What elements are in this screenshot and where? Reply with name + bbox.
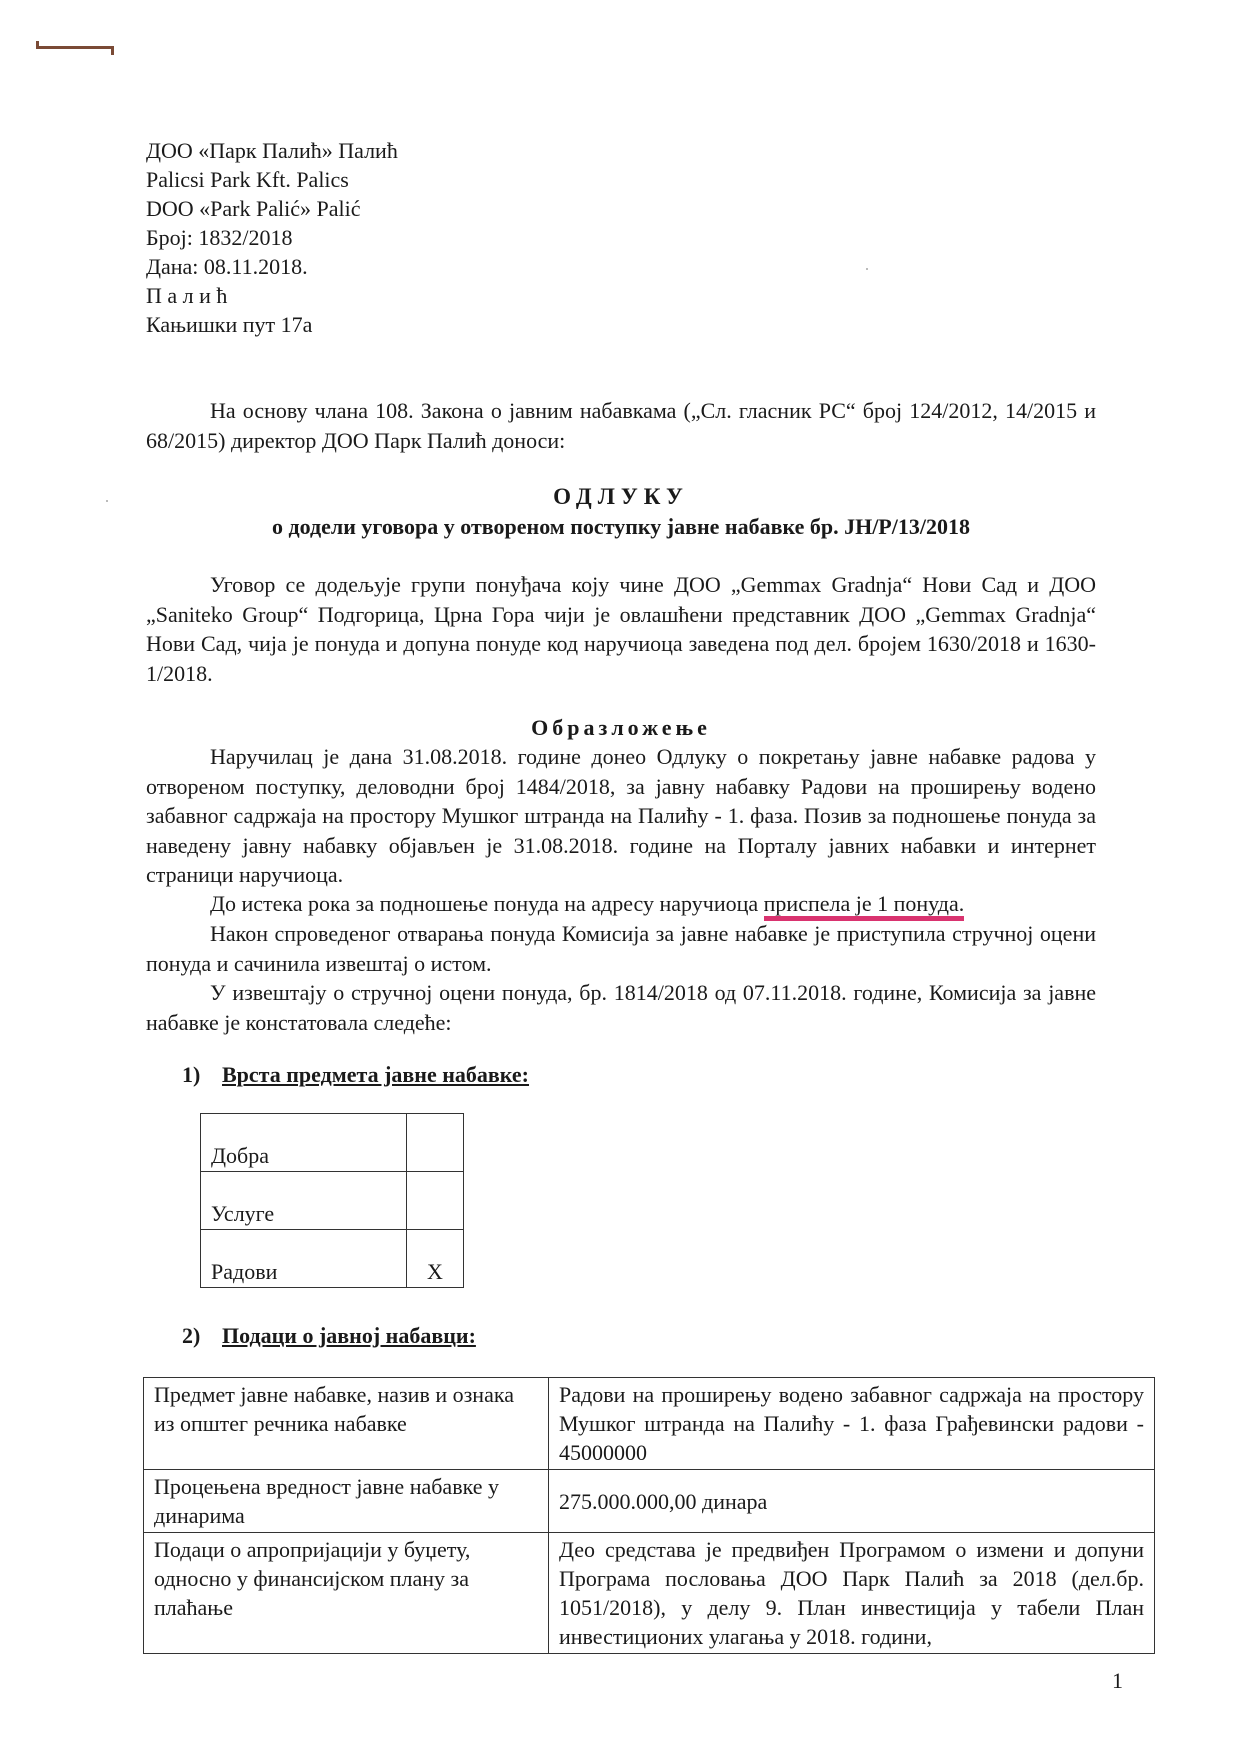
company-name-latin: DOO «Park Palić» Palić: [146, 194, 398, 223]
row-label: Процењена вредност јавне набавке у динар…: [144, 1470, 549, 1533]
decision-body: Уговор се додељује групи понуђача коју ч…: [146, 570, 1096, 688]
table-row: Услуге: [201, 1172, 464, 1230]
page-number: 1: [1112, 1668, 1123, 1694]
decision-subtitle: о додели уговора у отвореном поступку ја…: [146, 512, 1096, 542]
type-checkbox-goods: [407, 1114, 464, 1172]
reasoning-title: Образложење: [146, 713, 1096, 743]
row-value: Радови на проширењу водено забавног садр…: [549, 1378, 1155, 1470]
type-checkbox-services: [407, 1172, 464, 1230]
company-name-hungarian: Palicsi Park Kft. Palics: [146, 165, 398, 194]
reasoning-paragraph-3: Након спроведеног отварања понуда Комиси…: [146, 919, 1096, 978]
table-row: Добра: [201, 1114, 464, 1172]
section-1-number: 1): [182, 1062, 222, 1088]
decision-title: ОДЛУКУ: [146, 482, 1096, 512]
pen-mark-icon: [36, 44, 114, 50]
section-2-label: Подаци о јавној набавци:: [222, 1323, 476, 1348]
document-number: Број: 1832/2018: [146, 223, 398, 252]
scan-speck: [106, 500, 108, 502]
type-label: Добра: [201, 1114, 407, 1172]
highlighted-offer-count: приспела је 1 понуда.: [764, 891, 965, 921]
table-row: Подаци о апропријацији у буџету, односно…: [144, 1533, 1155, 1654]
type-label: Услуге: [201, 1172, 407, 1230]
document-date: Дана: 08.11.2018.: [146, 252, 398, 281]
type-label: Радови: [201, 1230, 407, 1288]
address: Кањишки пут 17а: [146, 310, 398, 339]
procurement-type-table: Добра Услуге Радови X: [200, 1113, 464, 1288]
row-value: 275.000.000,00 динара: [549, 1470, 1155, 1533]
company-name-cyrillic: ДОО «Парк Палић» Палић: [146, 136, 398, 165]
reasoning-paragraph-4: У извештају о стручној оцени понуда, бр.…: [146, 978, 1096, 1037]
section-2-heading: 2)Подаци о јавној набавци:: [182, 1323, 476, 1349]
type-checkbox-works: X: [407, 1230, 464, 1288]
section-2-number: 2): [182, 1323, 222, 1349]
table-row: Радови X: [201, 1230, 464, 1288]
preamble: На основу члана 108. Закона о јавним наб…: [146, 396, 1096, 455]
procurement-data-table: Предмет јавне набавке, назив и ознака из…: [143, 1377, 1155, 1654]
reasoning-paragraph-1: Наручилац је дана 31.08.2018. године дон…: [146, 742, 1096, 890]
reasoning-paragraph-2: До истека рока за подношење понуда на ад…: [146, 889, 1096, 919]
row-label: Предмет јавне набавке, назив и ознака из…: [144, 1378, 549, 1470]
row-value: Део средстава је предвиђен Програмом о и…: [549, 1533, 1155, 1654]
paragraph-2-text: До истека рока за подношење понуда на ад…: [210, 891, 764, 916]
table-row: Процењена вредност јавне набавке у динар…: [144, 1470, 1155, 1533]
table-row: Предмет јавне набавке, назив и ознака из…: [144, 1378, 1155, 1470]
scan-speck: [866, 268, 868, 270]
letterhead: ДОО «Парк Палић» Палић Palicsi Park Kft.…: [146, 136, 398, 339]
section-1-label: Врста предмета јавне набавке:: [222, 1062, 529, 1087]
city: П а л и ћ: [146, 281, 398, 310]
row-label: Подаци о апропријацији у буџету, односно…: [144, 1533, 549, 1654]
section-1-heading: 1)Врста предмета јавне набавке:: [182, 1062, 529, 1088]
